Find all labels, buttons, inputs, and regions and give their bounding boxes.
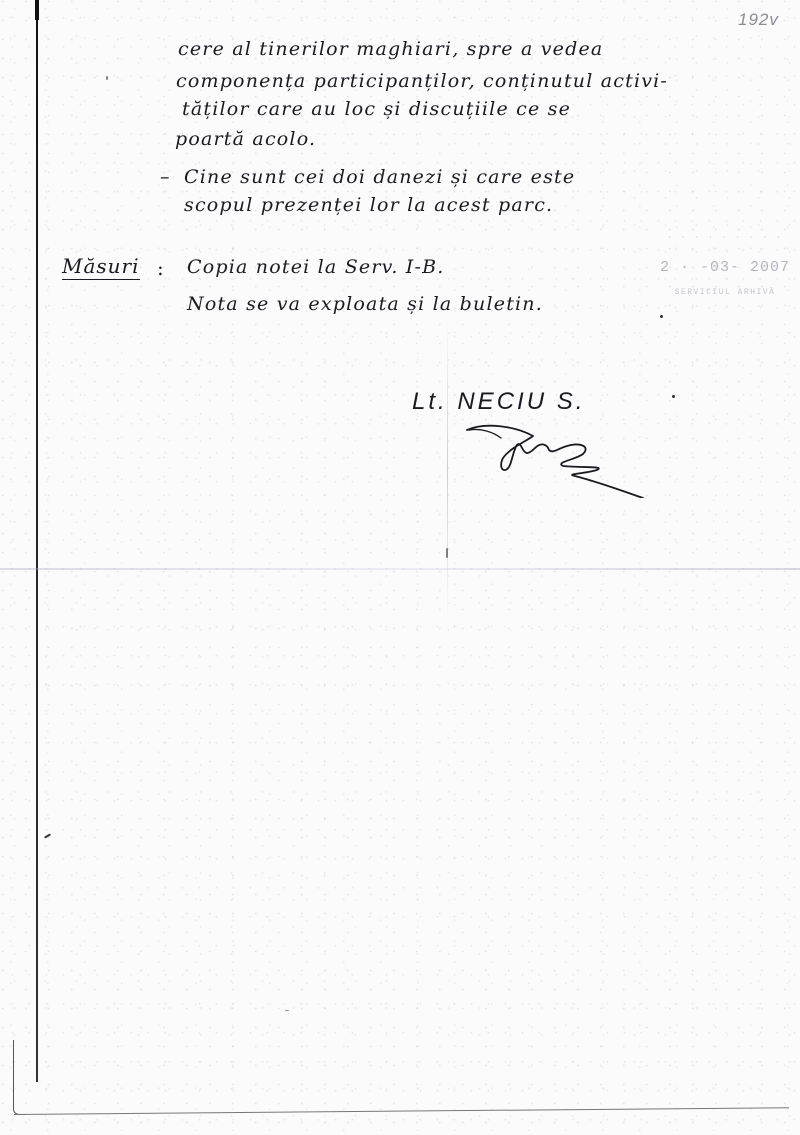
scan-speck (660, 315, 663, 318)
left-page-border (36, 2, 38, 1082)
scanned-page: 192v cere al tinerilor maghiari, spre a … (0, 0, 800, 1135)
fold-line (0, 568, 800, 570)
body-line: cere al tinerilor maghiari, spre a vedea (178, 38, 603, 60)
measures-colon: : (157, 256, 164, 280)
signer-name: Lt. NECIU S. (412, 388, 585, 416)
scan-speck (672, 395, 675, 398)
measure-item: Copia notei la Serv. I-B. (187, 256, 445, 278)
body-line: componența participanților, conținutul a… (176, 70, 668, 92)
measures-heading: Măsuri (62, 254, 140, 280)
bullet-line: scopul prezenței lor la acest parc. (184, 194, 553, 216)
center-crease (447, 320, 448, 620)
stamp-footer: SERVICIUL ARHIVĂ (655, 288, 795, 297)
signature-icon (455, 418, 655, 498)
body-line: tăților care au loc și discuțiile ce se (182, 98, 571, 120)
bullet-dash: – (160, 166, 171, 188)
bullet-line: Cine sunt cei doi danezi și care este (184, 166, 575, 188)
page-corner (13, 1040, 26, 1115)
stamp-header: · · · · · · · · · (655, 233, 795, 245)
scan-speck (106, 76, 108, 80)
measure-item: Nota se va exploata și la buletin. (187, 293, 543, 315)
scan-speck (285, 1010, 289, 1011)
body-line: poartă acolo. (175, 128, 316, 150)
folio-number: 192v (738, 10, 779, 30)
stamp-date: 2 · -03- 2007 (655, 259, 795, 276)
scan-speck (446, 548, 448, 558)
archive-stamp: · · · · · · · · · 2 · -03- 2007 SERVICIU… (655, 233, 795, 297)
